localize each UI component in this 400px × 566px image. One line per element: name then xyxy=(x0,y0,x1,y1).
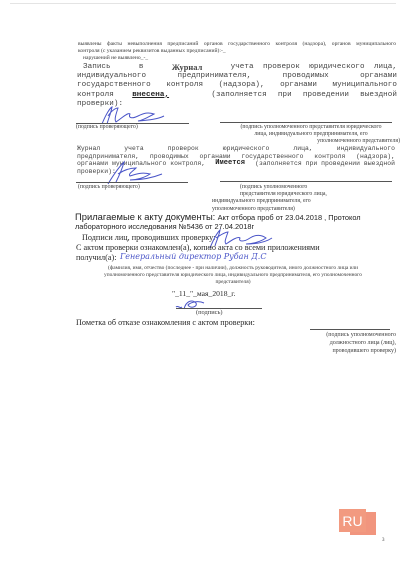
journal-entry-line-1: Запись в Журнал учета проверок юридическ… xyxy=(77,63,397,72)
intro-text: выявлены факты невыполнения предписаний … xyxy=(78,41,396,62)
text: в xyxy=(139,63,144,72)
caption-line: представителя юридического лица, xyxy=(212,191,362,198)
caption-line: должностного лица (лиц), xyxy=(300,339,396,347)
refusal-caption: (подпись уполномоченного должностного ли… xyxy=(300,331,396,355)
caption-line: (подпись уполномоченного xyxy=(212,184,362,191)
journal-entry-section: Запись в Журнал учета проверок юридическ… xyxy=(77,63,397,109)
signature-line xyxy=(220,181,392,182)
signature-caption-representative: (подпись уполномоченного представителя ю… xyxy=(212,184,362,213)
intro-line-1: выявлены факты невыполнения предписаний … xyxy=(78,41,396,48)
attachments-value: Акт отбора проб от 23.04.2018 , Протокол xyxy=(218,213,361,222)
entered-value: внесена, xyxy=(132,91,169,100)
intro-line-3: нарушений не выявлено_-_ xyxy=(78,55,396,62)
journal-entry-line-2: индивидуального предпринимателя, проводи… xyxy=(77,72,397,81)
signature-caption: (подпись) xyxy=(196,309,223,316)
signature-line xyxy=(220,122,392,123)
caption-line: уполномоченного представителя юридическо… xyxy=(70,272,396,279)
text: (заполняется при проведении выездной xyxy=(255,160,395,168)
received-label: получил(а): xyxy=(76,253,117,263)
scan-top-edge xyxy=(10,3,396,4)
caption-line: (подпись уполномоченного представителя ю… xyxy=(222,124,400,131)
text: (заполняется при проведении выездной xyxy=(211,91,397,100)
journal-entry-line-4: контроля внесена, (заполняется при прове… xyxy=(77,91,397,100)
caption-line: проводившего проверку) xyxy=(300,347,396,355)
journal-entry-line-3: государственного контроля (надзора), орг… xyxy=(77,81,397,90)
watermark-text: RU xyxy=(342,513,362,529)
attachments-label: Прилагаемые к акту документы: xyxy=(75,211,215,222)
inspectors-signatures-label: Подписи лиц, проводивших проверку: xyxy=(82,233,215,243)
journal-label: Журнал xyxy=(172,63,203,72)
text: учета проверок юридического лица, xyxy=(231,63,397,72)
watermark-logo: RU xyxy=(339,509,366,532)
intro-line-2: контроля (с указанием реквизитов выданны… xyxy=(78,48,396,55)
caption-line: (подпись уполномоченного xyxy=(300,331,396,339)
text: Запись xyxy=(77,63,111,72)
caption-line: представителя) xyxy=(70,279,396,286)
handwritten-recipient: Генеральный директор Рубан Д.С xyxy=(120,252,270,261)
journal-absent-line-1: Журнал учета проверок юридического лица,… xyxy=(77,145,395,153)
refusal-label: Пометка об отказе ознакомления с актом п… xyxy=(76,318,255,328)
caption-line: индивидуального предпринимателя, его xyxy=(212,198,362,205)
text: контроля xyxy=(77,91,114,100)
signature-line xyxy=(310,329,390,330)
available-value: Имеется xyxy=(215,160,245,168)
page-number: 3 xyxy=(382,538,385,543)
signature-caption-inspector: (подпись проверяющего) xyxy=(76,124,138,131)
caption-line: (фамилия, имя, отчество (последнее - при… xyxy=(70,265,396,272)
signature-line xyxy=(76,182,188,183)
recipient-caption: (фамилия, имя, отчество (последнее - при… xyxy=(70,265,396,285)
signature-caption-representative: (подпись уполномоченного представителя ю… xyxy=(222,124,400,146)
signature-caption-inspector: (подпись проверяющего) xyxy=(78,184,140,191)
